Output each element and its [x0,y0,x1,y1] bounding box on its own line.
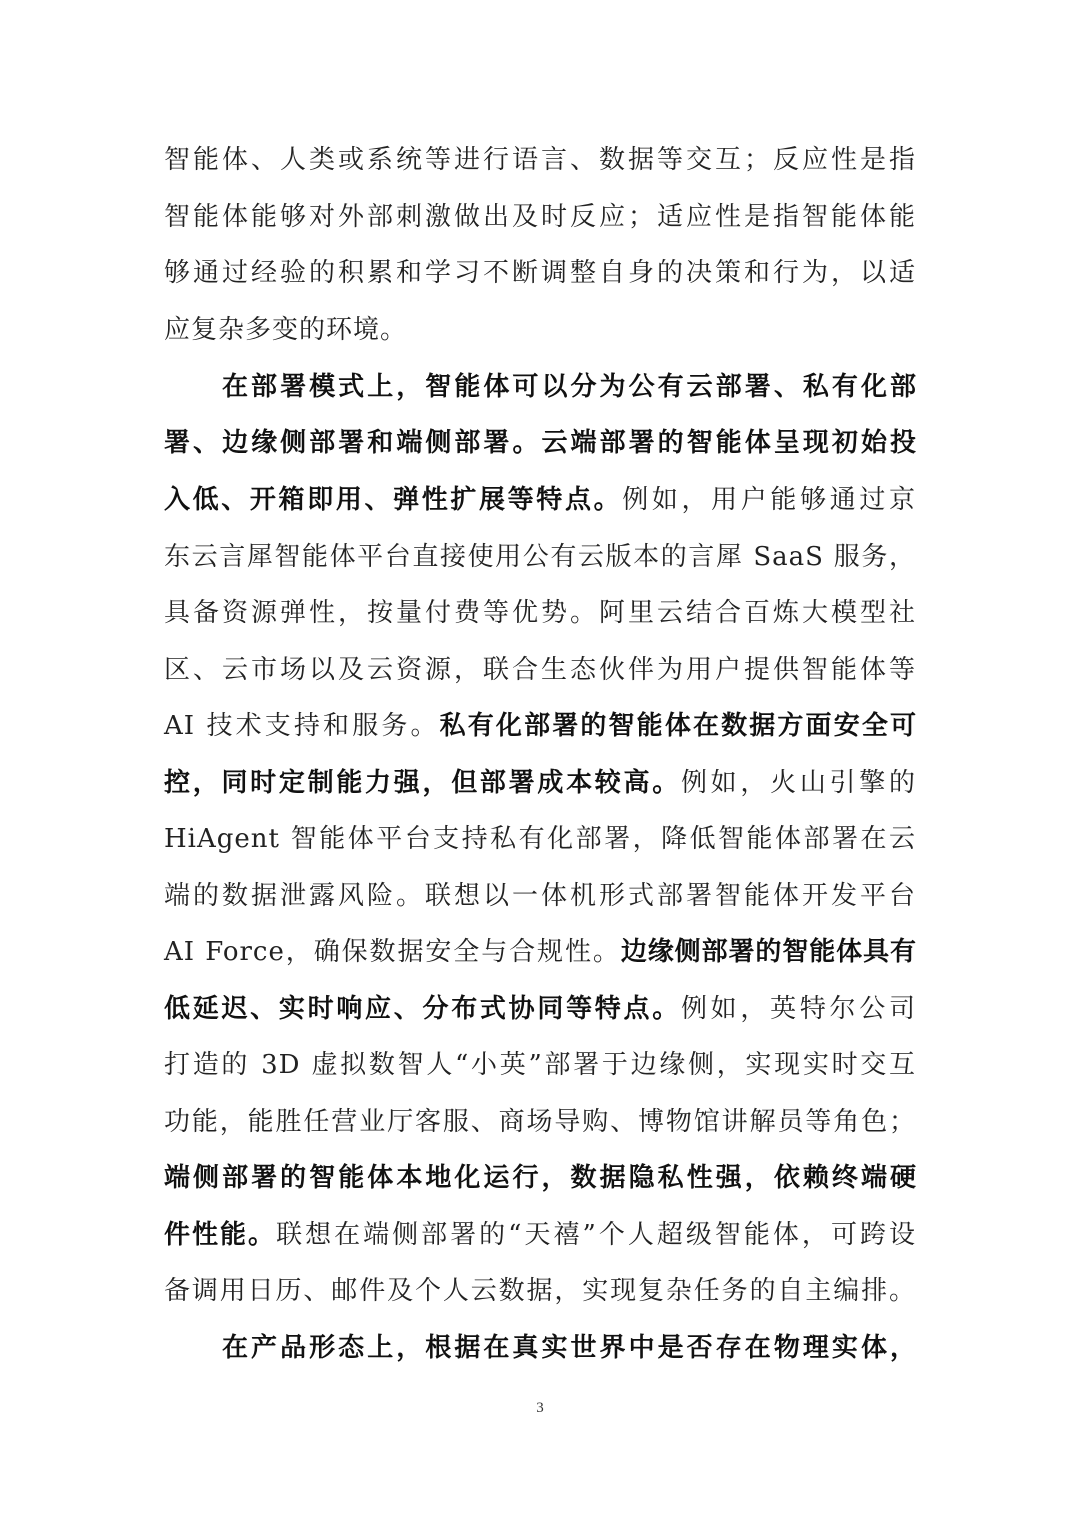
paragraph-start-line: 在部署模式上，智能体可以分为公有云部署、私有化部 [222,367,916,407]
text-segment: AI Force，确保数据安全与合规性。 [164,937,621,967]
text-line: 控，同时定制能力强，但部署成本较高。例如，火山引擎的 [164,763,916,803]
text-segment: AI 技术支持和服务。 [164,711,440,741]
text-line: 署、边缘侧部署和端侧部署。云端部署的智能体呈现初始投 [164,423,916,463]
bold-text-segment: 边缘侧部署的智能体具有 [621,937,916,967]
text-segment: 应复杂多变的环境。 [164,315,407,345]
text-line: 区、云市场以及云资源，联合生态伙伴为用户提供智能体等 [164,650,916,690]
text-segment: 具备资源弹性，按量付费等优势。阿里云结合百炼大模型社 [164,598,916,628]
text-line: 端侧部署的智能体本地化运行，数据隐私性强，依赖终端硬 [164,1158,916,1198]
bold-text-segment: 端侧部署的智能体本地化运行，数据隐私性强，依赖终端硬 [164,1163,916,1193]
text-segment: 功能，能胜任营业厅客服、商场导购、博物馆讲解员等角色； [164,1107,916,1137]
text-segment: 例如，英特尔公司 [681,994,916,1024]
bold-text-segment: 在产品形态上，根据在真实世界中是否存在物理实体， [222,1333,916,1363]
text-line: 够通过经验的积累和学习不断调整自身的决策和行为，以适 [164,253,916,293]
bold-text-segment: 署、边缘侧部署和端侧部署。云端部署的智能体呈现初始投 [164,428,916,458]
text-line: 备调用日历、邮件及个人云数据，实现复杂任务的自主编排。 [164,1271,916,1311]
text-segment: 端的数据泄露风险。联想以一体机形式部署智能体开发平台 [164,881,916,911]
text-line: AI Force，确保数据安全与合规性。边缘侧部署的智能体具有 [164,932,916,972]
text-line: AI 技术支持和服务。私有化部署的智能体在数据方面安全可 [164,706,916,746]
text-segment: 智能体能够对外部刺激做出及时反应；适应性是指智能体能 [164,202,916,232]
text-line: 打造的 3D 虚拟数智人“小英”部署于边缘侧，实现实时交互 [164,1045,916,1085]
bold-text-segment: 入低、开箱即用、弹性扩展等特点。 [164,485,622,515]
text-segment: 智能体、人类或系统等进行语言、数据等交互；反应性是指 [164,145,916,175]
bold-text-segment: 在部署模式上，智能体可以分为公有云部署、私有化部 [222,372,916,402]
text-segment: 例如，用户能够通过京 [622,485,916,515]
text-line: 东云言犀智能体平台直接使用公有云版本的言犀 SaaS 服务， [164,537,916,577]
document-page: 智能体、人类或系统等进行语言、数据等交互；反应性是指 智能体能够对外部刺激做出及… [0,0,1080,1527]
text-line: 端的数据泄露风险。联想以一体机形式部署智能体开发平台 [164,876,916,916]
text-segment: 打造的 3D 虚拟数智人“小英”部署于边缘侧，实现实时交互 [164,1050,916,1080]
text-segment: 联想在端侧部署的“天禧”个人超级智能体，可跨设 [276,1220,916,1250]
text-line: 智能体能够对外部刺激做出及时反应；适应性是指智能体能 [164,197,916,237]
text-segment: 东云言犀智能体平台直接使用公有云版本的言犀 SaaS 服务， [164,542,916,572]
text-segment: 例如，火山引擎的 [681,768,916,798]
bold-text-segment: 控，同时定制能力强，但部署成本较高。 [164,768,681,798]
bold-text-segment: 私有化部署的智能体在数据方面安全可 [440,711,916,741]
text-line: 功能，能胜任营业厅客服、商场导购、博物馆讲解员等角色； [164,1102,916,1142]
bold-text-segment: 低延迟、实时响应、分布式协同等特点。 [164,994,681,1024]
text-line: 入低、开箱即用、弹性扩展等特点。例如，用户能够通过京 [164,480,916,520]
text-line: 智能体、人类或系统等进行语言、数据等交互；反应性是指 [164,140,916,180]
text-line: 件性能。联想在端侧部署的“天禧”个人超级智能体，可跨设 [164,1215,916,1255]
paragraph-start-line: 在产品形态上，根据在真实世界中是否存在物理实体， [222,1328,916,1368]
text-segment: 区、云市场以及云资源，联合生态伙伴为用户提供智能体等 [164,655,916,685]
bold-text-segment: 件性能。 [164,1220,276,1250]
text-line: 低延迟、实时响应、分布式协同等特点。例如，英特尔公司 [164,989,916,1029]
text-line: 应复杂多变的环境。 [164,310,916,350]
text-segment: HiAgent 智能体平台支持私有化部署，降低智能体部署在云 [164,824,916,854]
text-line: 具备资源弹性，按量付费等优势。阿里云结合百炼大模型社 [164,593,916,633]
text-segment: 够通过经验的积累和学习不断调整自身的决策和行为，以适 [164,258,916,288]
page-number: 3 [0,1400,1080,1417]
text-line: HiAgent 智能体平台支持私有化部署，降低智能体部署在云 [164,819,916,859]
text-segment: 备调用日历、邮件及个人云数据，实现复杂任务的自主编排。 [164,1276,916,1306]
